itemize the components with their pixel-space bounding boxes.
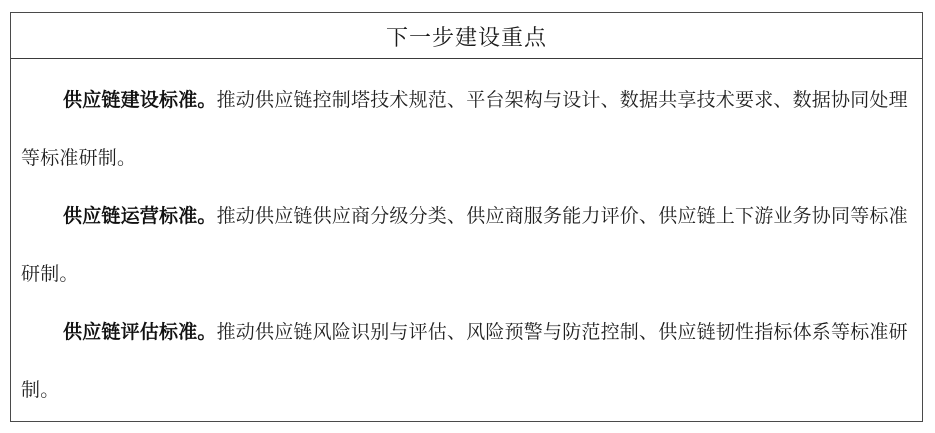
- key-points-table: 下一步建设重点 供应链建设标准。推动供应链控制塔技术规范、平台架构与设计、数据共…: [10, 12, 923, 422]
- table-header: 下一步建设重点: [11, 13, 922, 59]
- paragraph-operation-standard: 供应链运营标准。推动供应链供应商分级分类、供应商服务能力评价、供应链上下游业务协…: [21, 187, 912, 303]
- paragraph-evaluation-standard: 供应链评估标准。推动供应链风险识别与评估、风险预警与防范控制、供应链韧性指标体系…: [21, 303, 912, 419]
- paragraph-lead: 供应链评估标准。: [63, 321, 217, 343]
- paragraph-lead: 供应链运营标准。: [63, 205, 217, 227]
- table-title: 下一步建设重点: [386, 19, 547, 52]
- paragraph-lead: 供应链建设标准。: [63, 89, 217, 111]
- paragraph-construction-standard: 供应链建设标准。推动供应链控制塔技术规范、平台架构与设计、数据共享技术要求、数据…: [21, 71, 912, 187]
- table-body: 供应链建设标准。推动供应链控制塔技术规范、平台架构与设计、数据共享技术要求、数据…: [11, 59, 922, 419]
